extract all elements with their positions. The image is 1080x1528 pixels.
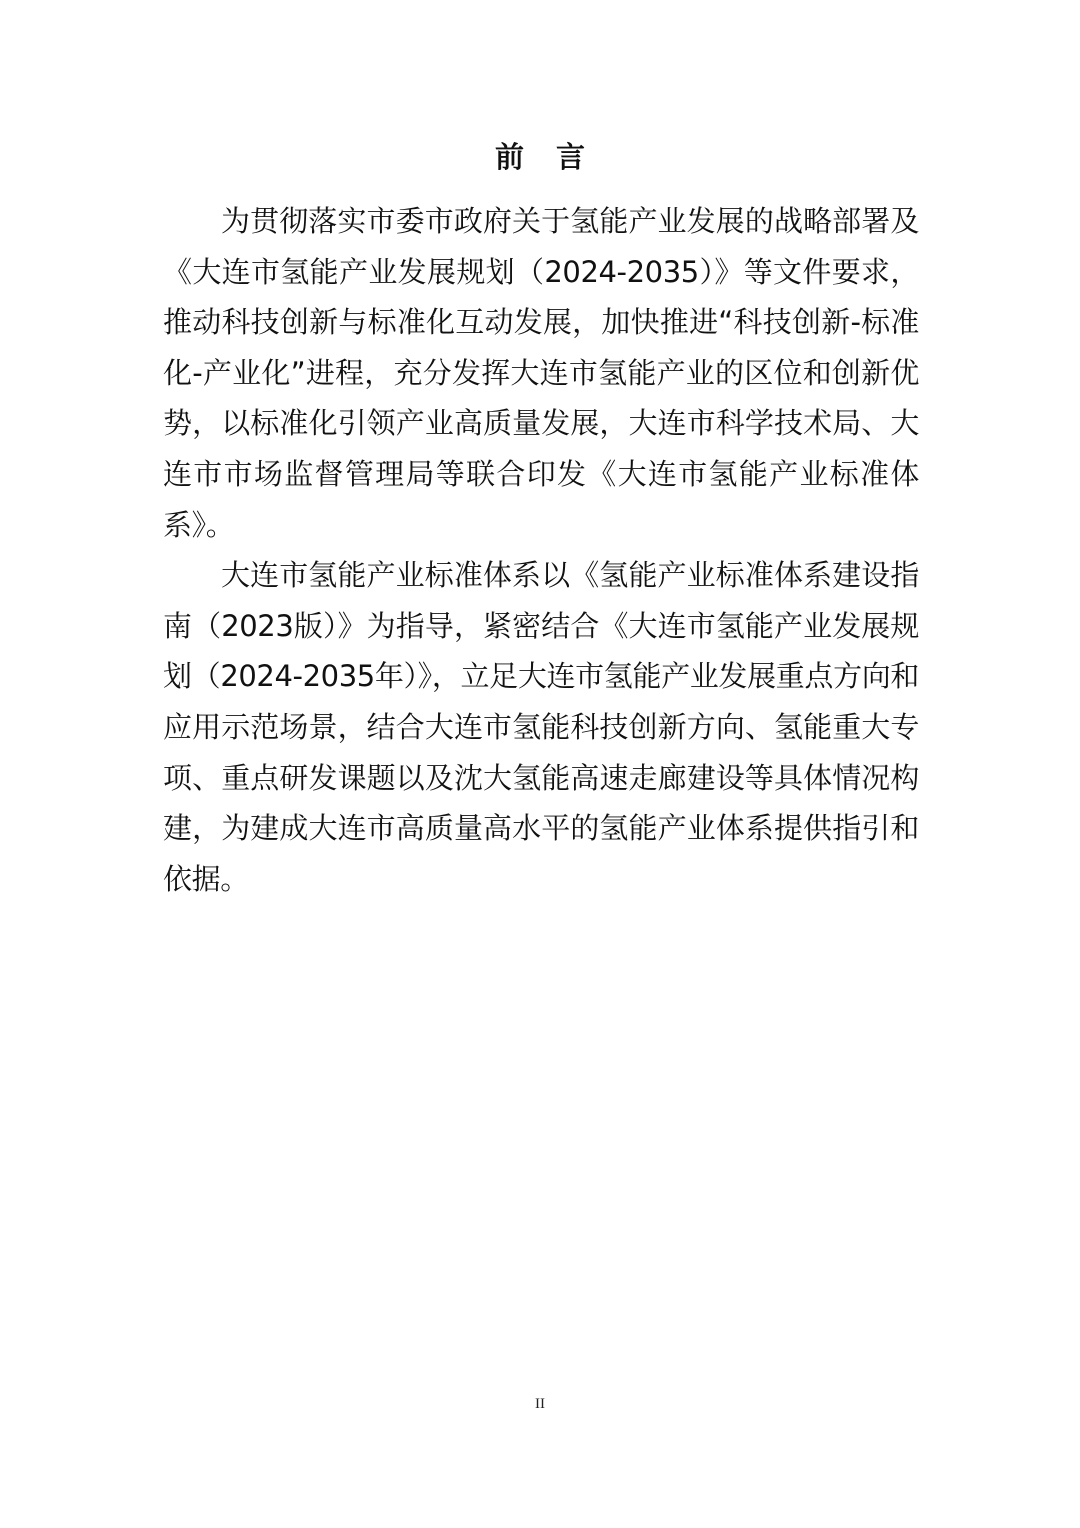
preface-body: 为贯彻落实市委市政府关于氢能产业发展的战略部署及《大连市氢能产业发展规划（202… [163,196,919,904]
document-page: 前言 为贯彻落实市委市政府关于氢能产业发展的战略部署及《大连市氢能产业发展规划（… [0,0,1080,1528]
paragraph-2: 大连市氢能产业标准体系以《氢能产业标准体系建设指南（2023版）》为指导，紧密结… [163,550,919,904]
paragraph-1: 为贯彻落实市委市政府关于氢能产业发展的战略部署及《大连市氢能产业发展规划（202… [163,196,919,550]
page-number: II [0,1396,1080,1413]
page-title: 前言 [0,136,1080,178]
